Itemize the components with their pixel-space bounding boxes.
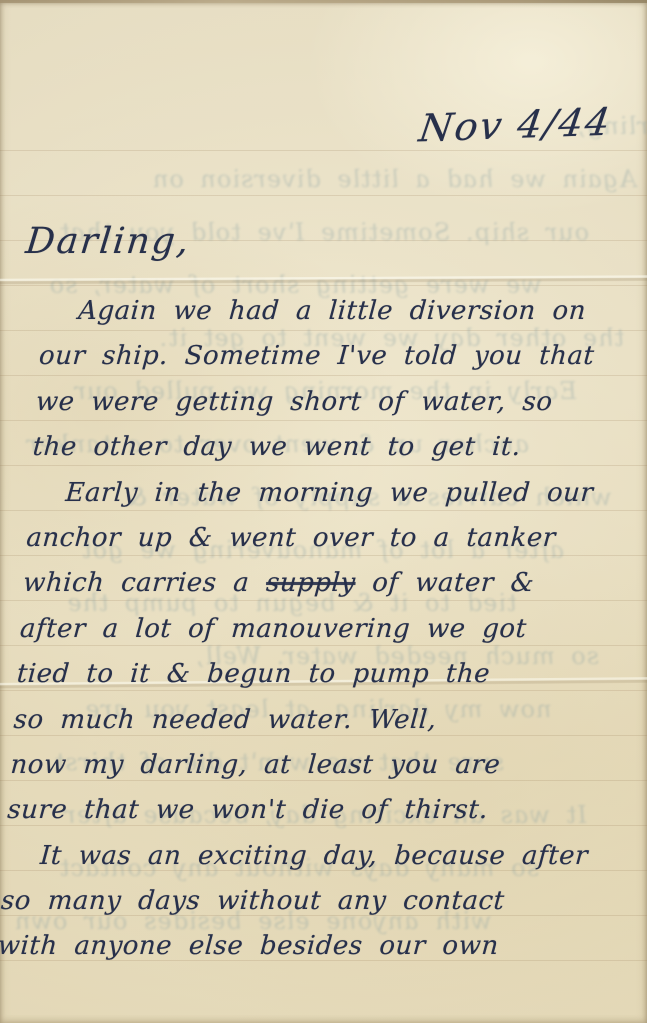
letter-line: we were getting short of water, so <box>34 380 647 425</box>
paper-top-edge <box>0 0 647 3</box>
letter-line: now my darling, at least you are <box>9 743 629 788</box>
letter-body: Again we had a little diversion onour sh… <box>0 289 647 970</box>
letter-line: so much needed water. Well, <box>12 698 632 743</box>
letter-line: with anyone else besides our own <box>0 924 616 969</box>
letter-line: our ship. Sometime I've told you that <box>37 334 647 379</box>
letter-line: which carries a supply of water & <box>22 561 642 606</box>
bleed-through-line: Again we had a little diversion on <box>150 165 638 193</box>
letter-line: anchor up & went over to a tanker <box>25 516 645 561</box>
letter-line: after a lot of manouvering we got <box>18 607 638 652</box>
letter-line: Early in the morning we pulled our <box>28 471 647 516</box>
fold-crease-top <box>0 275 647 284</box>
letter-line: the other day we went to get it. <box>31 425 647 470</box>
letter-date: Nov 4/44 <box>416 100 614 151</box>
letter-page: Darling,Again we had a little diversion … <box>0 0 647 1023</box>
letter-line: Again we had a little diversion on <box>41 289 647 334</box>
letter-line: sure that we won't die of thirst. <box>6 788 626 833</box>
letter-line: so many days without any contact <box>0 879 620 924</box>
letter-line: tied to it & begun to pump the <box>15 652 635 697</box>
letter-line: It was an exciting day, because after <box>3 834 623 879</box>
letter-salutation: Darling, <box>24 221 193 262</box>
scribbled-word: supply <box>265 568 356 598</box>
